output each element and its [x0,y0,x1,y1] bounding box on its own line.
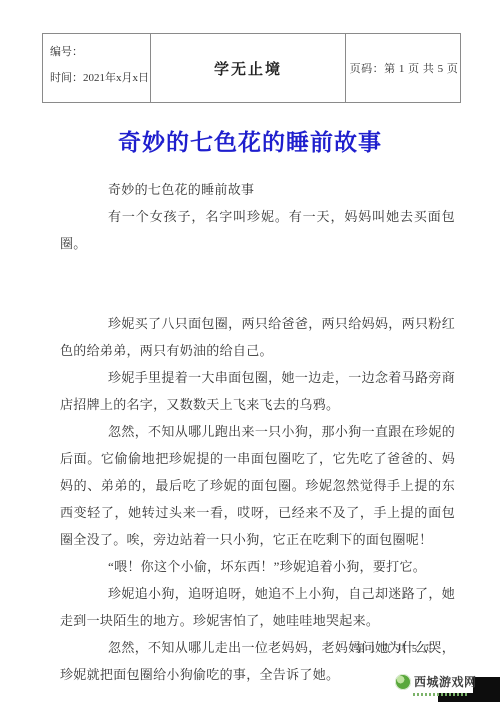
page-number-footer: 第 1 页 共 5 页 [355,640,434,655]
document-body: 奇妙的七色花的睡前故事 有一个女孩子，名字叫珍妮。有一天，妈妈叫她去买面包圈。 … [60,176,455,688]
watermark-chip: 西城游戏网 [393,670,473,693]
subtitle: 奇妙的七色花的睡前故事 [60,176,455,203]
paragraph: 忽然，不知从哪儿跑出来一只小狗，那小狗一直跟在珍妮的后面。它偷偷地把珍妮提的一串… [60,418,455,553]
watermark: 西城游戏网 [393,670,500,702]
header-cell-right: 页码：第 1 页 共 5 页 [345,34,462,102]
header-cell-left: 编号： 时间：2021年x月x日 [43,34,150,102]
watermark-site-name: 西城游戏网 [414,673,477,690]
sprout-icon [395,674,411,690]
paragraph: “喂！你这个小偷，坏东西！”珍妮追着小狗，要打它。 [60,553,455,580]
watermark-caption-line [413,693,469,696]
paragraph: 有一个女孩子，名字叫珍妮。有一天，妈妈叫她去买面包圈。 [60,203,455,257]
doc-number-label: 编号： [50,39,150,65]
doc-time-label: 时间：2021年x月x日 [50,65,150,91]
header-motto: 学无止境 [214,58,282,79]
document-title: 奇妙的七色花的睡前故事 [0,124,500,157]
header-table: 编号： 时间：2021年x月x日 学无止境 页码：第 1 页 共 5 页 [42,33,461,103]
header-page-label: 页码：第 1 页 共 5 页 [350,60,459,76]
paragraph: 珍妮买了八只面包圈，两只给爸爸，两只给妈妈，两只粉红色的给弟弟，两只有奶油的给自… [60,310,455,364]
document-page: 编号： 时间：2021年x月x日 学无止境 页码：第 1 页 共 5 页 奇妙的… [0,0,500,707]
paragraph: 珍妮手里提着一大串面包圈，她一边走，一边念着马路旁商店招牌上的名字，又数数天上飞… [60,364,455,418]
header-cell-center: 学无止境 [150,34,345,102]
paragraph: 珍妮追小狗，追呀追呀，她追不上小狗，自己却迷路了，她走到一块陌生的地方。珍妮害怕… [60,580,455,634]
